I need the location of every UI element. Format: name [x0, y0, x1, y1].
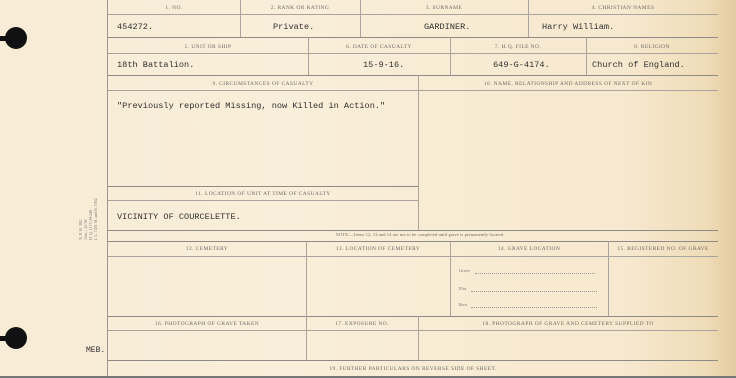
field-label-hq-file-no: 7. H.Q. File No.: [450, 44, 586, 50]
field-label-location-of-cemetery: 13. Location of Cemetery: [306, 246, 450, 252]
rule: [108, 256, 718, 257]
divider: [586, 37, 587, 75]
divider: [306, 241, 307, 316]
rule: [108, 75, 718, 76]
grave-dotted-line: [475, 273, 595, 274]
field-value-rank: Private.: [273, 22, 314, 32]
divider: [608, 241, 609, 316]
field-label-cemetery: 12. Cemetery: [108, 246, 306, 252]
punch-hole-top-tail: [0, 36, 10, 41]
row-sub-label: Row: [459, 302, 468, 307]
initials: MEB.: [86, 346, 105, 355]
field-value-circumstances: "Previously reported Missing, now Killed…: [117, 101, 385, 111]
plot-sub-label: Plot: [459, 286, 466, 291]
field-value-surname: GARDINER.: [424, 22, 470, 32]
note-text: NOTE:—Items 12, 13 and 14 are not to be …: [280, 232, 560, 237]
field-value-no: 454272.: [117, 22, 153, 32]
field-label-registered-no: 15. Registered No. of Grave: [608, 246, 718, 252]
rule: [108, 200, 418, 201]
divider: [450, 37, 451, 75]
field-label-rank: 2. Rank or Rating: [240, 5, 360, 11]
field-label-grave-location: 14. Grave Location: [450, 246, 608, 252]
divider: [450, 241, 451, 316]
rule: [108, 90, 718, 91]
divider: [308, 37, 309, 75]
row-dotted-line: [471, 307, 597, 308]
plot-dotted-line: [471, 291, 597, 292]
field-label-further-particulars: 19. Further Particulars on Reverse Side …: [108, 366, 718, 372]
punch-hole-bottom-tail: [0, 336, 10, 341]
rule: [108, 230, 718, 231]
rule: [108, 360, 718, 361]
field-value-location-of-unit: VICINITY OF COURCELETTE.: [117, 212, 241, 222]
rule: [108, 37, 718, 38]
field-label-date-of-casualty: 6. Date of Casualty: [308, 44, 450, 50]
rule: [108, 186, 418, 187]
field-label-photograph-supplied: 18. Photograph of Grave and Cemetery Sup…: [418, 321, 718, 327]
rule: [108, 316, 718, 317]
field-label-exposure-no: 17. Exposure No.: [306, 321, 418, 327]
rule: [108, 330, 718, 331]
rule: [108, 53, 718, 54]
field-label-religion: 8. Religion: [586, 44, 718, 50]
field-value-hq-file-no: 649-G-4174.: [493, 60, 550, 70]
field-label-unit: 5. Unit or Ship: [108, 44, 308, 50]
field-label-surname: 3. Surname: [360, 5, 528, 11]
rule: [108, 14, 718, 15]
field-label-christian-names: 4. Christian Names: [528, 5, 718, 11]
divider: [418, 75, 419, 230]
field-value-date-of-casualty: 15-9-16.: [363, 60, 404, 70]
field-label-next-of-kin: 10. Name, Relationship and Address of Ne…: [418, 81, 718, 87]
side-stamp-line: I. L. 7431 M. and B. 1932: [93, 198, 98, 240]
field-label-circumstances: 9. Circumstances of Casualty: [108, 81, 418, 87]
field-value-religion: Church of England.: [592, 60, 685, 70]
grave-sub-label: Grave: [459, 268, 470, 273]
field-value-christian-names: Harry William.: [542, 22, 614, 32]
field-label-photograph-taken: 16. Photograph of Grave Taken: [108, 321, 306, 327]
field-label-location-of-unit: 11. Location of Unit at Time of Casualty: [108, 191, 418, 197]
rule: [108, 241, 718, 242]
field-label-no: 1. No.: [108, 5, 240, 11]
field-value-unit: 18th Battalion.: [117, 60, 194, 70]
